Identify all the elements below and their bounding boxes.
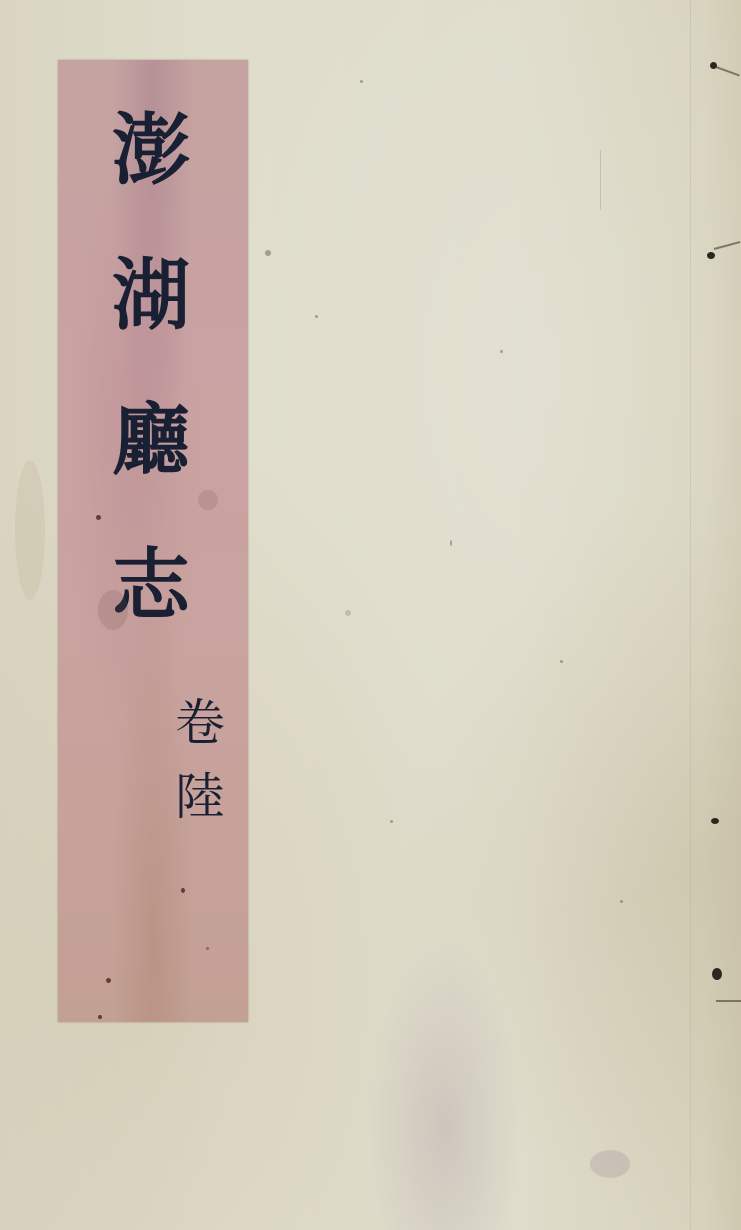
binding-hole [707, 252, 715, 259]
slip-speck [98, 1015, 102, 1019]
slip-speck [198, 490, 218, 510]
slip-speck [206, 947, 209, 950]
title-char: 澎 [112, 112, 190, 200]
binding-hole [711, 818, 719, 824]
title-char: 湖 [112, 257, 190, 345]
binding-thread [714, 241, 741, 250]
paper-speck [590, 1150, 630, 1178]
paper-speck [500, 350, 503, 353]
slip-speck [96, 515, 101, 520]
paper-speck [345, 610, 351, 616]
title-slip: 澎 湖 廳 志 卷 陸 [58, 60, 248, 1022]
paper-speck [620, 900, 623, 903]
paper-speck [15, 460, 45, 600]
paper-speck [450, 540, 452, 546]
slip-speck [181, 888, 185, 893]
paper-speck [390, 820, 393, 823]
binding-thread [716, 1000, 741, 1002]
fold-line [690, 0, 691, 1230]
volume-char: 卷 [175, 698, 225, 760]
volume-char: 陸 [175, 772, 225, 834]
paper-speck [360, 80, 363, 83]
paper-speck [315, 315, 318, 318]
fold-line [600, 150, 601, 210]
binding-hole [712, 968, 722, 980]
paper-speck [265, 250, 271, 256]
paper-speck [560, 660, 563, 663]
binding-thread [716, 66, 740, 76]
slip-speck [106, 978, 111, 983]
title-char: 廳 [112, 402, 190, 490]
book-cover: 澎 湖 廳 志 卷 陸 [0, 0, 741, 1230]
volume-column: 卷 陸 [170, 698, 230, 846]
slip-speck [98, 590, 128, 630]
